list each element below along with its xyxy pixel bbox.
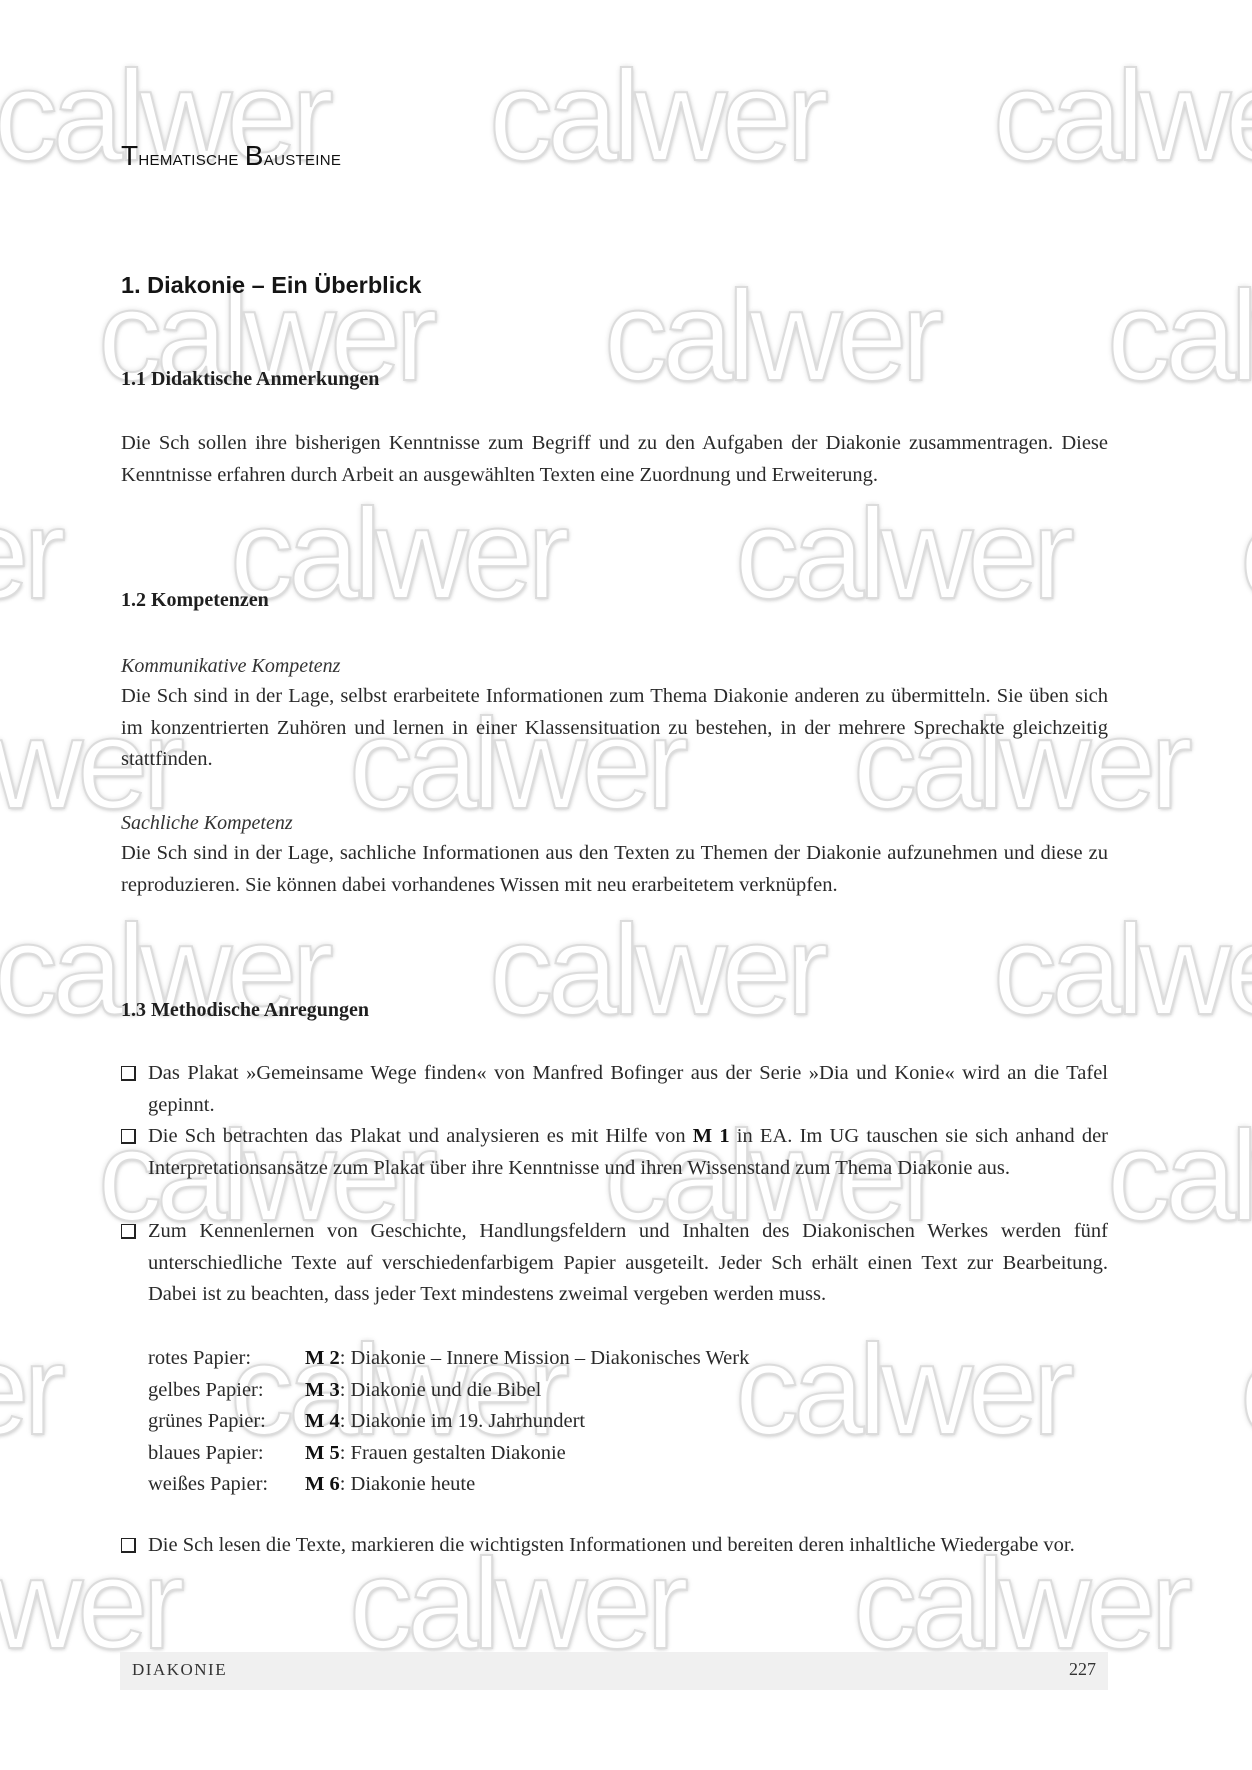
material-reference: M 4 xyxy=(305,1410,340,1432)
paper-row: weißes Papier: M 6: Diakonie heute xyxy=(148,1469,749,1501)
material-reference: M 5 xyxy=(305,1442,340,1464)
paper-color: gelbes Papier: xyxy=(148,1375,305,1407)
paper-color: grünes Papier: xyxy=(148,1406,305,1438)
page-footer: DIAKONIE 227 xyxy=(120,1652,1108,1690)
footer-section-name: DIAKONIE xyxy=(132,1660,227,1680)
material-title: : Diakonie im 19. Jahrhundert xyxy=(340,1410,585,1432)
checkbox-icon xyxy=(121,1538,136,1553)
list-item: Die Sch lesen die Texte, markieren die w… xyxy=(121,1530,1108,1562)
paper-assignment-list: rotes Papier: M 2: Diakonie – Innere Mis… xyxy=(148,1343,749,1501)
running-title: Thematische Bausteine xyxy=(121,140,341,172)
label-sachliche-kompetenz: Sachliche Kompetenz xyxy=(121,812,293,835)
paper-color: blaues Papier: xyxy=(148,1438,305,1470)
section-heading-methodik: 1.3 Methodische Anregungen xyxy=(121,999,369,1022)
paper-color: weißes Papier: xyxy=(148,1469,305,1501)
list-item: Das Plakat »Gemeinsame Wege finden« von … xyxy=(121,1058,1108,1121)
list-item-text: Zum Kennenlernen von Geschichte, Handlun… xyxy=(148,1216,1108,1311)
list-item-text: Die Sch betrachten das Plakat und analys… xyxy=(148,1121,1108,1184)
material-reference: M 2 xyxy=(305,1347,340,1369)
page-number: 227 xyxy=(1069,1659,1096,1680)
list-item-text: Das Plakat »Gemeinsame Wege finden« von … xyxy=(148,1058,1108,1121)
section-heading-didaktik: 1.1 Didaktische Anmerkungen xyxy=(121,368,379,391)
checkbox-icon xyxy=(121,1129,136,1144)
running-title-rest: hematische xyxy=(138,147,244,170)
running-title-cap: T xyxy=(121,140,138,171)
material-title: : Diakonie – Innere Mission – Diakonisch… xyxy=(340,1347,750,1369)
running-title-cap: B xyxy=(245,140,264,171)
list-item: Die Sch betrachten das Plakat und analys… xyxy=(121,1121,1108,1184)
paper-row: blaues Papier: M 5: Frauen gestalten Dia… xyxy=(148,1438,749,1470)
list-item-text: Die Sch lesen die Texte, markieren die w… xyxy=(148,1530,1108,1562)
paper-row: rotes Papier: M 2: Diakonie – Innere Mis… xyxy=(148,1343,749,1375)
paragraph-didaktik: Die Sch sollen ihre bisherigen Kenntniss… xyxy=(121,428,1108,491)
checkbox-icon xyxy=(121,1066,136,1081)
section-heading-kompetenzen: 1.2 Kompetenzen xyxy=(121,589,269,612)
checkbox-icon xyxy=(121,1224,136,1239)
material-reference: M 3 xyxy=(305,1379,340,1401)
paper-color: rotes Papier: xyxy=(148,1343,305,1375)
material-reference: M 6 xyxy=(305,1473,340,1495)
material-title: : Diakonie und die Bibel xyxy=(340,1379,542,1401)
paragraph-sachliche-kompetenz: Die Sch sind in der Lage, sachliche Info… xyxy=(121,838,1108,901)
material-title: : Diakonie heute xyxy=(340,1473,475,1495)
chapter-title: 1. Diakonie – Ein Überblick xyxy=(121,272,421,299)
paragraph-kommunikative-kompetenz: Die Sch sind in der Lage, selbst erarbei… xyxy=(121,681,1108,776)
list-item: Zum Kennenlernen von Geschichte, Handlun… xyxy=(121,1216,1108,1311)
material-reference: M 1 xyxy=(693,1125,730,1147)
material-title: : Frauen gestalten Diakonie xyxy=(340,1442,566,1464)
paper-row: grünes Papier: M 4: Diakonie im 19. Jahr… xyxy=(148,1406,749,1438)
list-item-text-part: Die Sch betrachten das Plakat und analys… xyxy=(148,1125,693,1147)
document-page: Thematische Bausteine 1. Diakonie – Ein … xyxy=(0,0,1252,1770)
paper-row: gelbes Papier: M 3: Diakonie und die Bib… xyxy=(148,1375,749,1407)
label-kommunikative-kompetenz: Kommunikative Kompetenz xyxy=(121,655,340,678)
running-title-rest: austeine xyxy=(264,147,341,170)
